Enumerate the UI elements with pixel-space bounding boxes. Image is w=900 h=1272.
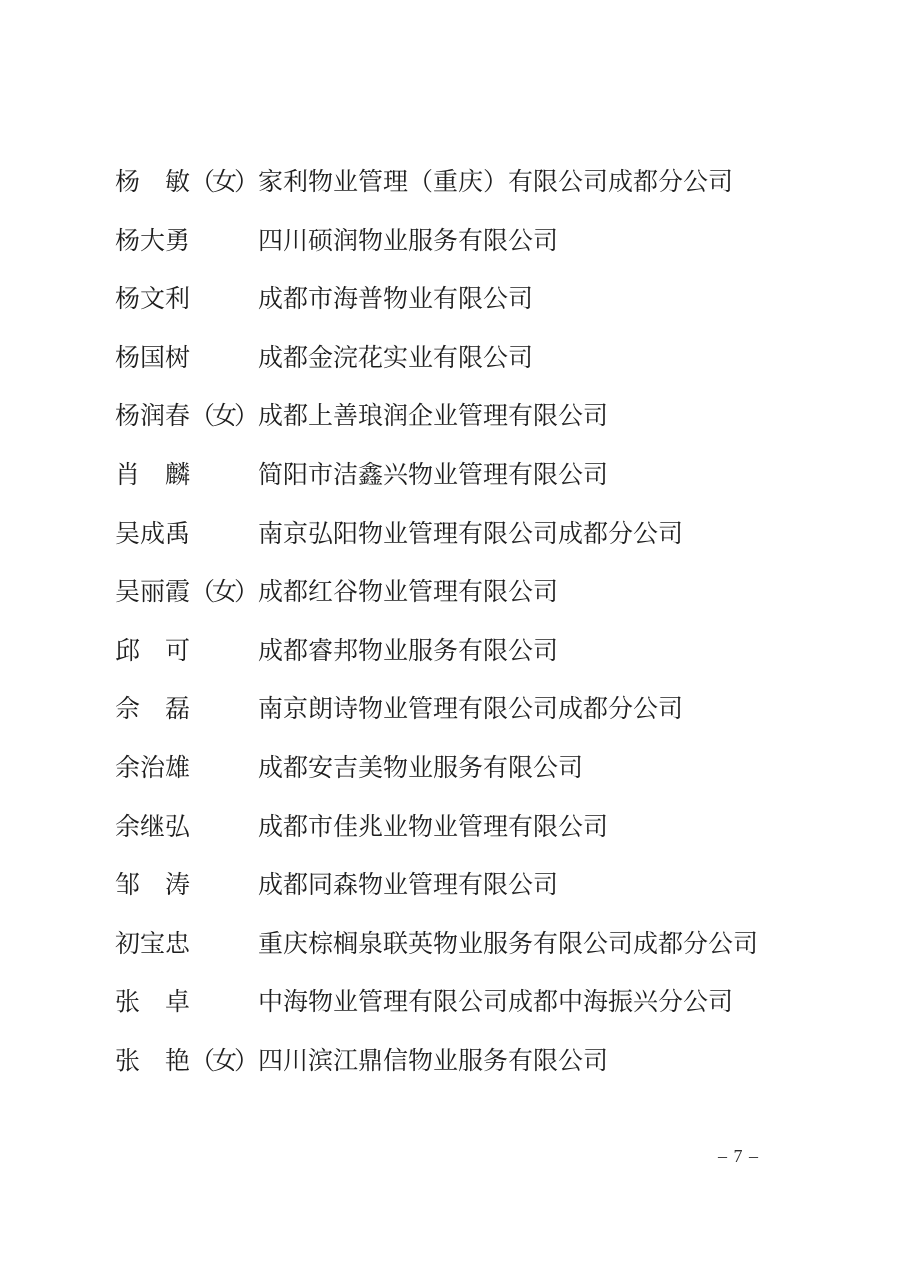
roster-list: 杨 敏 （女） 家利物业管理（重庆）有限公司成都分公司 杨大勇 四川硕润物业服务… (115, 170, 758, 1075)
person-name: 邱 可 (115, 639, 190, 665)
person-name: 杨国树 (115, 346, 190, 372)
company-name: 四川滨江鼎信物业服务有限公司 (258, 1049, 608, 1075)
document-page: 杨 敏 （女） 家利物业管理（重庆）有限公司成都分公司 杨大勇 四川硕润物业服务… (0, 0, 900, 1272)
gender-marker: （女） (190, 404, 258, 430)
company-name: 成都上善琅润企业管理有限公司 (258, 404, 608, 430)
roster-row: 余继弘 成都市佳兆业物业管理有限公司 (115, 815, 758, 841)
roster-row: 张 卓 中海物业管理有限公司成都中海振兴分公司 (115, 990, 758, 1016)
roster-row: 吴丽霞 （女） 成都红谷物业管理有限公司 (115, 580, 758, 606)
company-name: 成都红谷物业管理有限公司 (258, 580, 558, 606)
company-name: 成都安吉美物业服务有限公司 (258, 756, 583, 782)
company-name: 重庆棕榈泉联英物业服务有限公司成都分公司 (258, 932, 758, 958)
person-name: 吴丽霞 (115, 580, 190, 606)
person-name: 杨大勇 (115, 229, 190, 255)
person-name: 初宝忠 (115, 932, 190, 958)
roster-row: 余治雄 成都安吉美物业服务有限公司 (115, 756, 758, 782)
company-name: 南京弘阳物业管理有限公司成都分公司 (258, 522, 683, 548)
roster-row: 杨润春 （女） 成都上善琅润企业管理有限公司 (115, 404, 758, 430)
company-name: 成都同森物业管理有限公司 (258, 873, 558, 899)
gender-marker: （女） (190, 580, 258, 606)
company-name: 成都睿邦物业服务有限公司 (258, 639, 558, 665)
roster-row: 邱 可 成都睿邦物业服务有限公司 (115, 639, 758, 665)
person-name: 佘 磊 (115, 697, 190, 723)
roster-row: 杨文利 成都市海普物业有限公司 (115, 287, 758, 313)
company-name: 简阳市洁鑫兴物业管理有限公司 (258, 463, 608, 489)
company-name: 南京朗诗物业管理有限公司成都分公司 (258, 697, 683, 723)
company-name: 中海物业管理有限公司成都中海振兴分公司 (258, 990, 733, 1016)
gender-marker: （女） (190, 1049, 258, 1075)
person-name: 肖 麟 (115, 463, 190, 489)
person-name: 杨文利 (115, 287, 190, 313)
roster-row: 杨大勇 四川硕润物业服务有限公司 (115, 229, 758, 255)
roster-row: 初宝忠 重庆棕榈泉联英物业服务有限公司成都分公司 (115, 932, 758, 958)
roster-row: 杨国树 成都金浣花实业有限公司 (115, 346, 758, 372)
roster-row: 佘 磊 南京朗诗物业管理有限公司成都分公司 (115, 697, 758, 723)
page-number: – 7 – (718, 1146, 759, 1166)
roster-row: 吴成禹 南京弘阳物业管理有限公司成都分公司 (115, 522, 758, 548)
company-name: 家利物业管理（重庆）有限公司成都分公司 (258, 170, 733, 196)
person-name: 张 艳 (115, 1049, 190, 1075)
person-name: 余继弘 (115, 815, 190, 841)
company-name: 成都市佳兆业物业管理有限公司 (258, 815, 608, 841)
person-name: 吴成禹 (115, 522, 190, 548)
roster-row: 邹 涛 成都同森物业管理有限公司 (115, 873, 758, 899)
person-name: 杨润春 (115, 404, 190, 430)
person-name: 邹 涛 (115, 873, 190, 899)
roster-row: 肖 麟 简阳市洁鑫兴物业管理有限公司 (115, 463, 758, 489)
company-name: 成都市海普物业有限公司 (258, 287, 533, 313)
person-name: 张 卓 (115, 990, 190, 1016)
company-name: 成都金浣花实业有限公司 (258, 346, 533, 372)
gender-marker: （女） (190, 170, 258, 196)
roster-row: 张 艳 （女） 四川滨江鼎信物业服务有限公司 (115, 1049, 758, 1075)
roster-row: 杨 敏 （女） 家利物业管理（重庆）有限公司成都分公司 (115, 170, 758, 196)
company-name: 四川硕润物业服务有限公司 (258, 229, 558, 255)
person-name: 杨 敏 (115, 170, 190, 196)
person-name: 余治雄 (115, 756, 190, 782)
